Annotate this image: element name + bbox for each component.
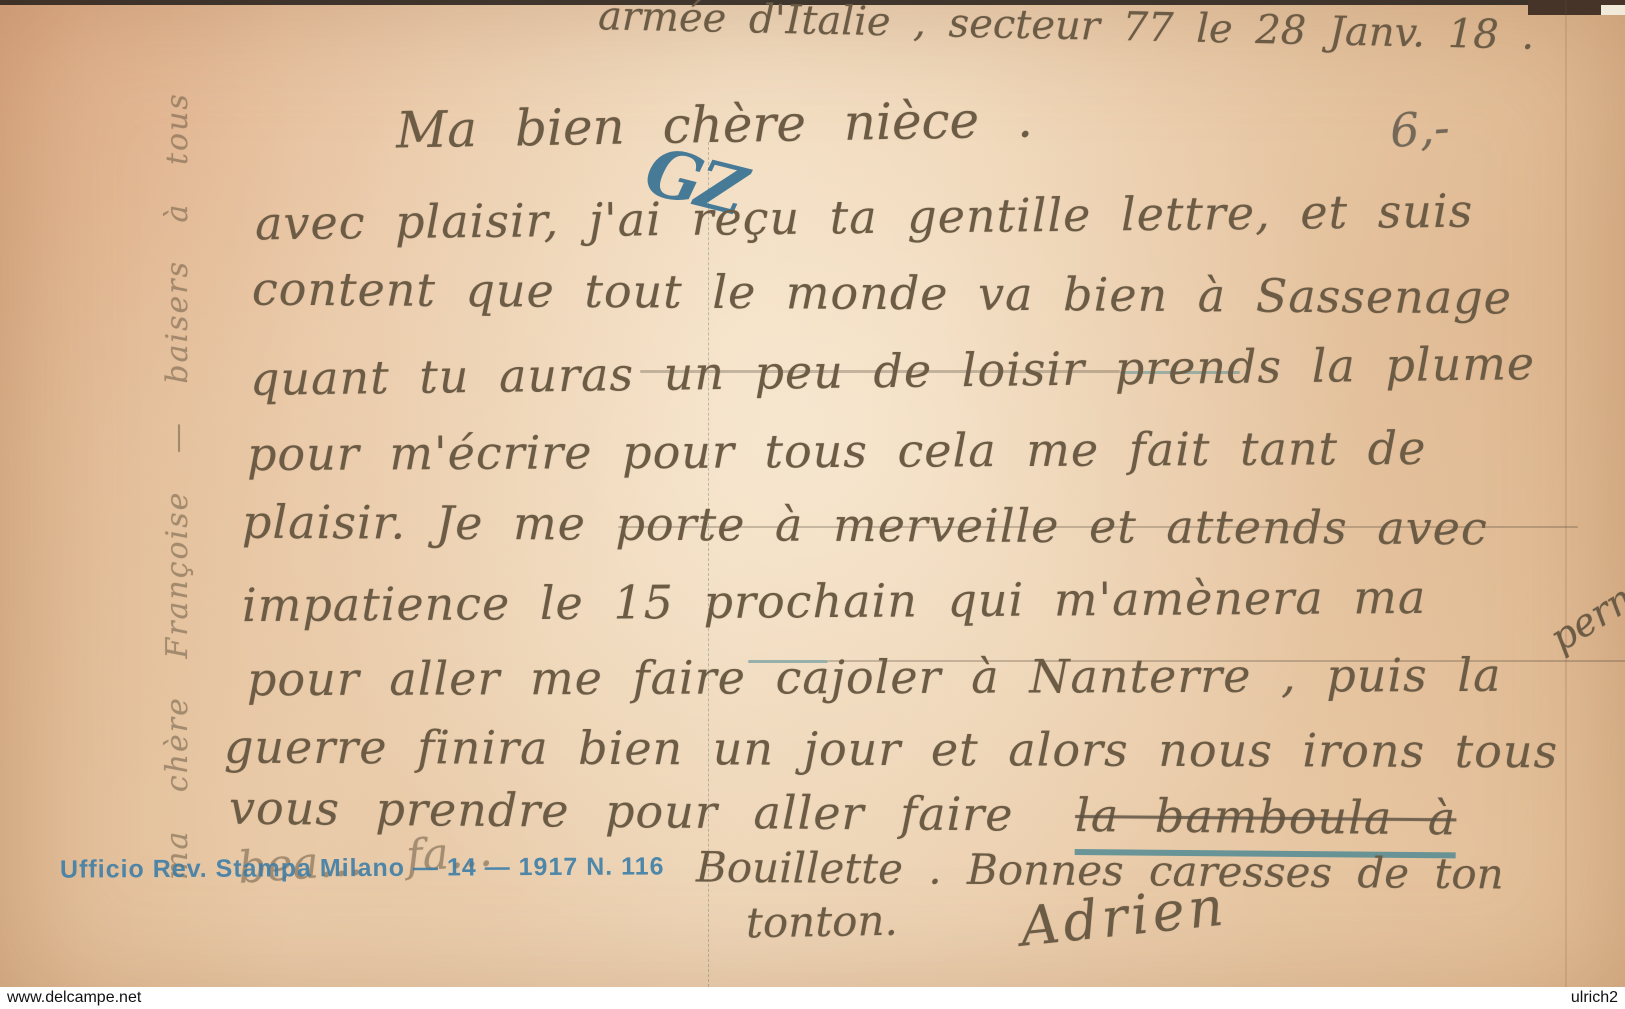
body-line-7: pour aller me faire cajoler à Nanterre ,… xyxy=(247,652,1502,702)
pencil-price-mark: 6,- xyxy=(1388,104,1451,154)
postcard-scan: armée d'Italie , secteur 77 le 28 Janv. … xyxy=(0,0,1625,1009)
body-line-1: avec plaisir, j'ai reçu ta gentille lett… xyxy=(255,188,1474,247)
vertical-margin-note: ma chère Françoise — baisers à tous xyxy=(163,60,207,880)
watermark-bar: www.delcampe.net ulrich2 xyxy=(0,987,1625,1009)
paper-crease xyxy=(1565,0,1567,1009)
body-line-6: impatience le 15 prochain qui m'amènera … xyxy=(242,574,1427,628)
body-line-9-text: vous prendre pour aller faire xyxy=(229,781,1014,842)
body-line-2: content que tout le monde va bien à Sass… xyxy=(252,266,1512,321)
scan-corner-notch xyxy=(1601,5,1625,15)
body-line-5: plaisir. Je me porte à merveille et atte… xyxy=(242,499,1488,552)
body-line-8: guerre finira bien un jour et alors nous… xyxy=(224,724,1558,775)
body-line-11: tonton. xyxy=(746,900,898,945)
printer-imprint: Ufficio Rev. Stampa Milano — 14 — 1917 N… xyxy=(60,852,665,884)
body-line-4: pour m'écrire pour tous cela me fait tan… xyxy=(247,425,1427,477)
watermark-user: ulrich2 xyxy=(1571,989,1618,1007)
watermark-site: www.delcampe.net xyxy=(7,989,141,1007)
